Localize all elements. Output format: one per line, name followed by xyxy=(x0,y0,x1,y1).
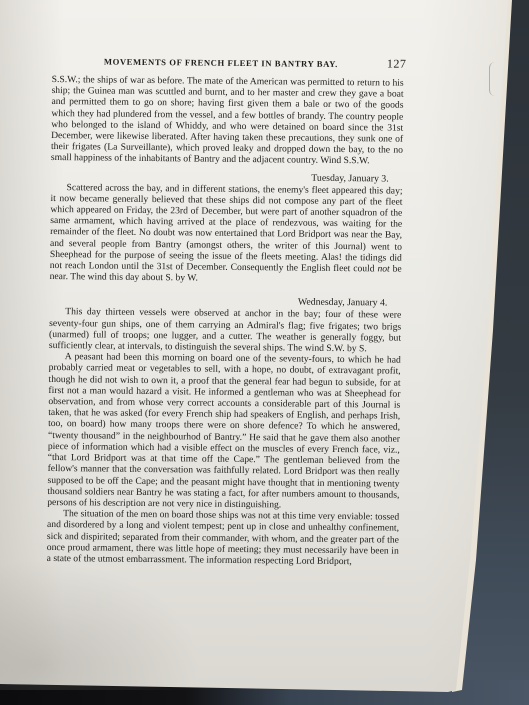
paragraph-5: The situation of the men on board those … xyxy=(47,508,400,568)
paragraph-2: Scattered across the bay, and in differe… xyxy=(50,182,403,287)
running-head: MOVEMENTS OF FRENCH FLEET IN BANTRY BAY. xyxy=(104,57,338,69)
page-tab-mark xyxy=(489,62,498,96)
page-content: MOVEMENTS OF FRENCH FLEET IN BANTRY BAY.… xyxy=(47,52,404,568)
paragraph-4: A peasant had been this morning on board… xyxy=(47,351,401,512)
paragraph-2-emphasis: not xyxy=(377,263,389,274)
page-number: 127 xyxy=(387,57,407,72)
paragraph-3: This day thirteen vessels were observed … xyxy=(49,306,401,354)
page-header: MOVEMENTS OF FRENCH FLEET IN BANTRY BAY.… xyxy=(52,52,404,78)
paragraph-1: S.S.W.; the ships of war as before. The … xyxy=(51,74,404,167)
paragraph-2-text-a: Scattered across the bay, and in differe… xyxy=(50,182,403,275)
